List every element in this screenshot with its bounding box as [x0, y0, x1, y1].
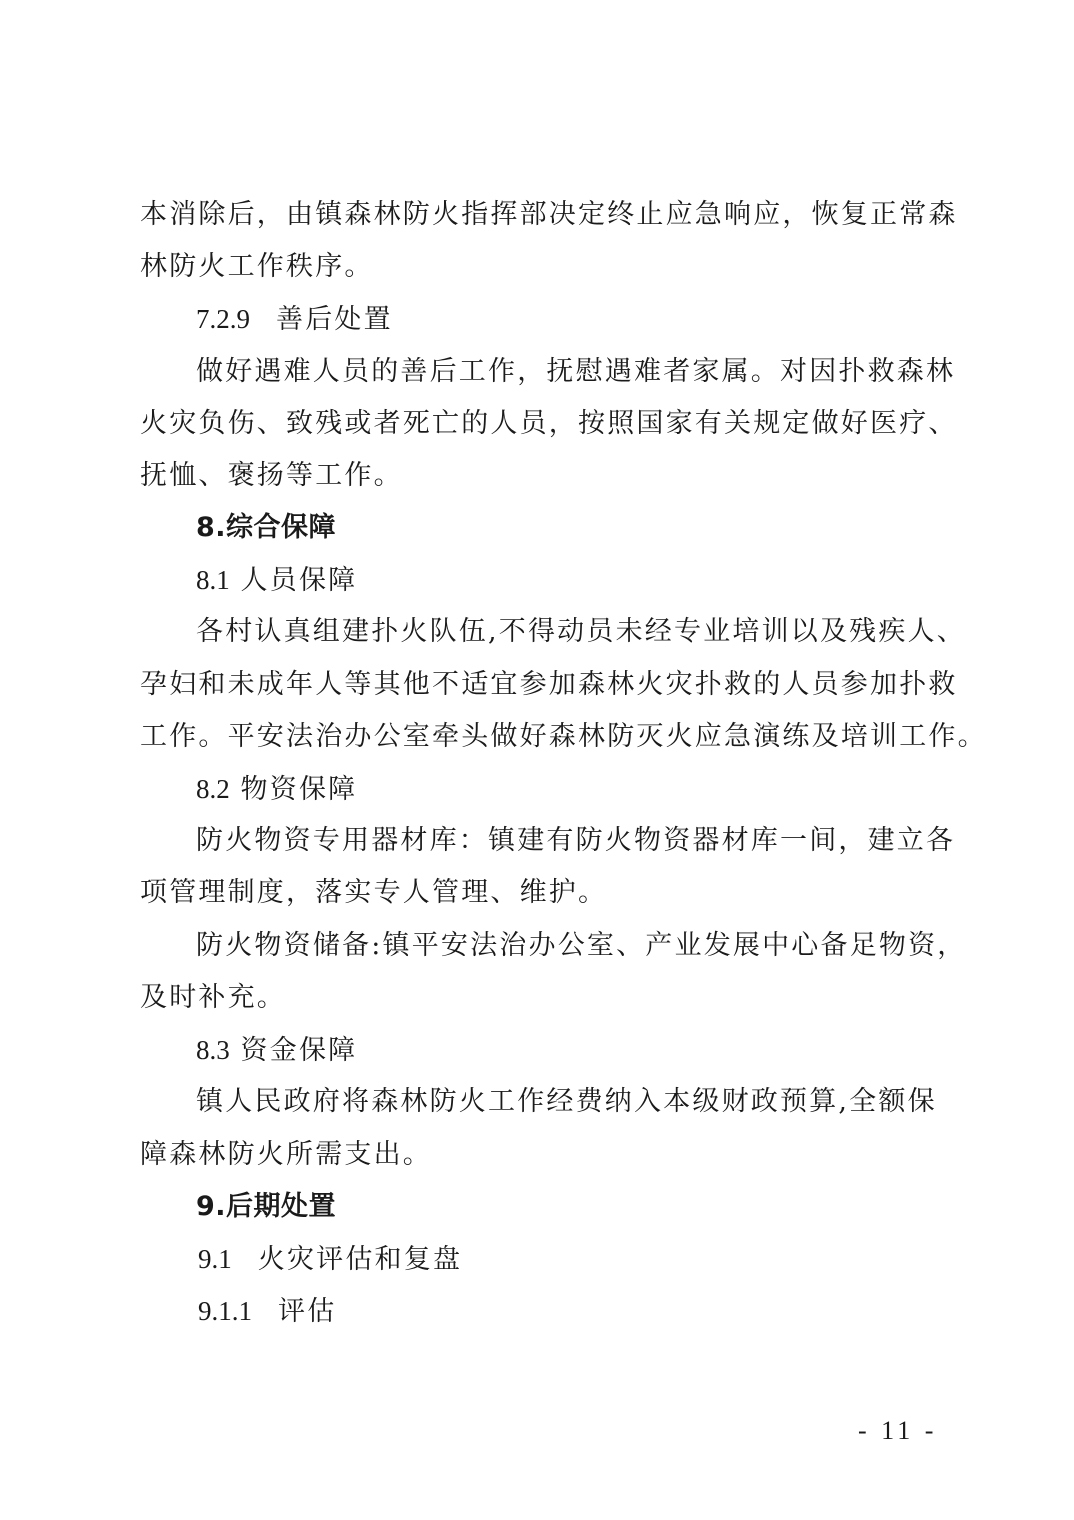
paragraph-line: 及时补充。 [140, 981, 940, 1015]
paragraph-line: 项管理制度，落实专人管理、维护。 [140, 876, 940, 910]
paragraph-line: 防火物资储备:镇平安法治办公室、产业发展中心备足物资， [196, 929, 996, 963]
paragraph-line: 做好遇难人员的善后工作，抚慰遇难者家属。对因扑救森林 [196, 355, 996, 389]
section-number: 7.2.9 [196, 302, 250, 336]
paragraph-line: 障森林防火所需支出。 [140, 1138, 940, 1172]
section-number: 9.1 [198, 1242, 232, 1276]
paragraph-line: 火灾负伤、致残或者死亡的人员，按照国家有关规定做好医疗、 [140, 407, 940, 441]
paragraph-line: 防火物资专用器材库：镇建有防火物资器材库一间，建立各 [196, 824, 996, 858]
section-heading-9-1: 9.1火灾评估和复盘 [198, 1242, 998, 1277]
section-title: 善后处置 [276, 304, 393, 335]
section-heading-9-1-1: 9.1.1评估 [198, 1294, 998, 1329]
paragraph-line: 镇人民政府将森林防火工作经费纳入本级财政预算,全额保 [196, 1085, 996, 1119]
paragraph-line: 本消除后，由镇森林防火指挥部决定终止应急响应，恢复正常森 [140, 198, 940, 232]
section-number: 9.1.1 [198, 1294, 252, 1328]
section-heading-9: 9.后期处置 [196, 1190, 996, 1224]
section-heading-8-3: 8.3 资金保障 [196, 1033, 996, 1068]
section-heading-8-2: 8.2 物资保障 [196, 772, 996, 807]
section-title: 资金保障 [241, 1035, 358, 1066]
paragraph-line: 抚恤、褒扬等工作。 [140, 459, 940, 493]
paragraph-line: 工作。平安法治办公室牵头做好森林防灭火应急演练及培训工作。 [140, 720, 940, 754]
paragraph-line: 林防火工作秩序。 [140, 250, 940, 284]
section-title: 评估 [278, 1296, 336, 1327]
section-number: 8.2 [196, 772, 230, 806]
section-number: 8.3 [196, 1033, 230, 1067]
section-title: 火灾评估和复盘 [258, 1244, 462, 1275]
paragraph-line: 孕妇和未成年人等其他不适宜参加森林火灾扑救的人员参加扑救 [140, 668, 940, 702]
section-title: 人员保障 [241, 565, 358, 596]
section-heading-8: 8.综合保障 [196, 511, 996, 545]
section-heading-8-1: 8.1 人员保障 [196, 563, 996, 598]
section-heading-7-2-9: 7.2.9善后处置 [196, 302, 996, 337]
section-number: 8.1 [196, 563, 230, 597]
page-number: - 11 - [858, 1416, 937, 1446]
section-title: 物资保障 [241, 774, 358, 805]
paragraph-line: 各村认真组建扑火队伍,不得动员未经专业培训以及残疾人、 [196, 615, 996, 649]
